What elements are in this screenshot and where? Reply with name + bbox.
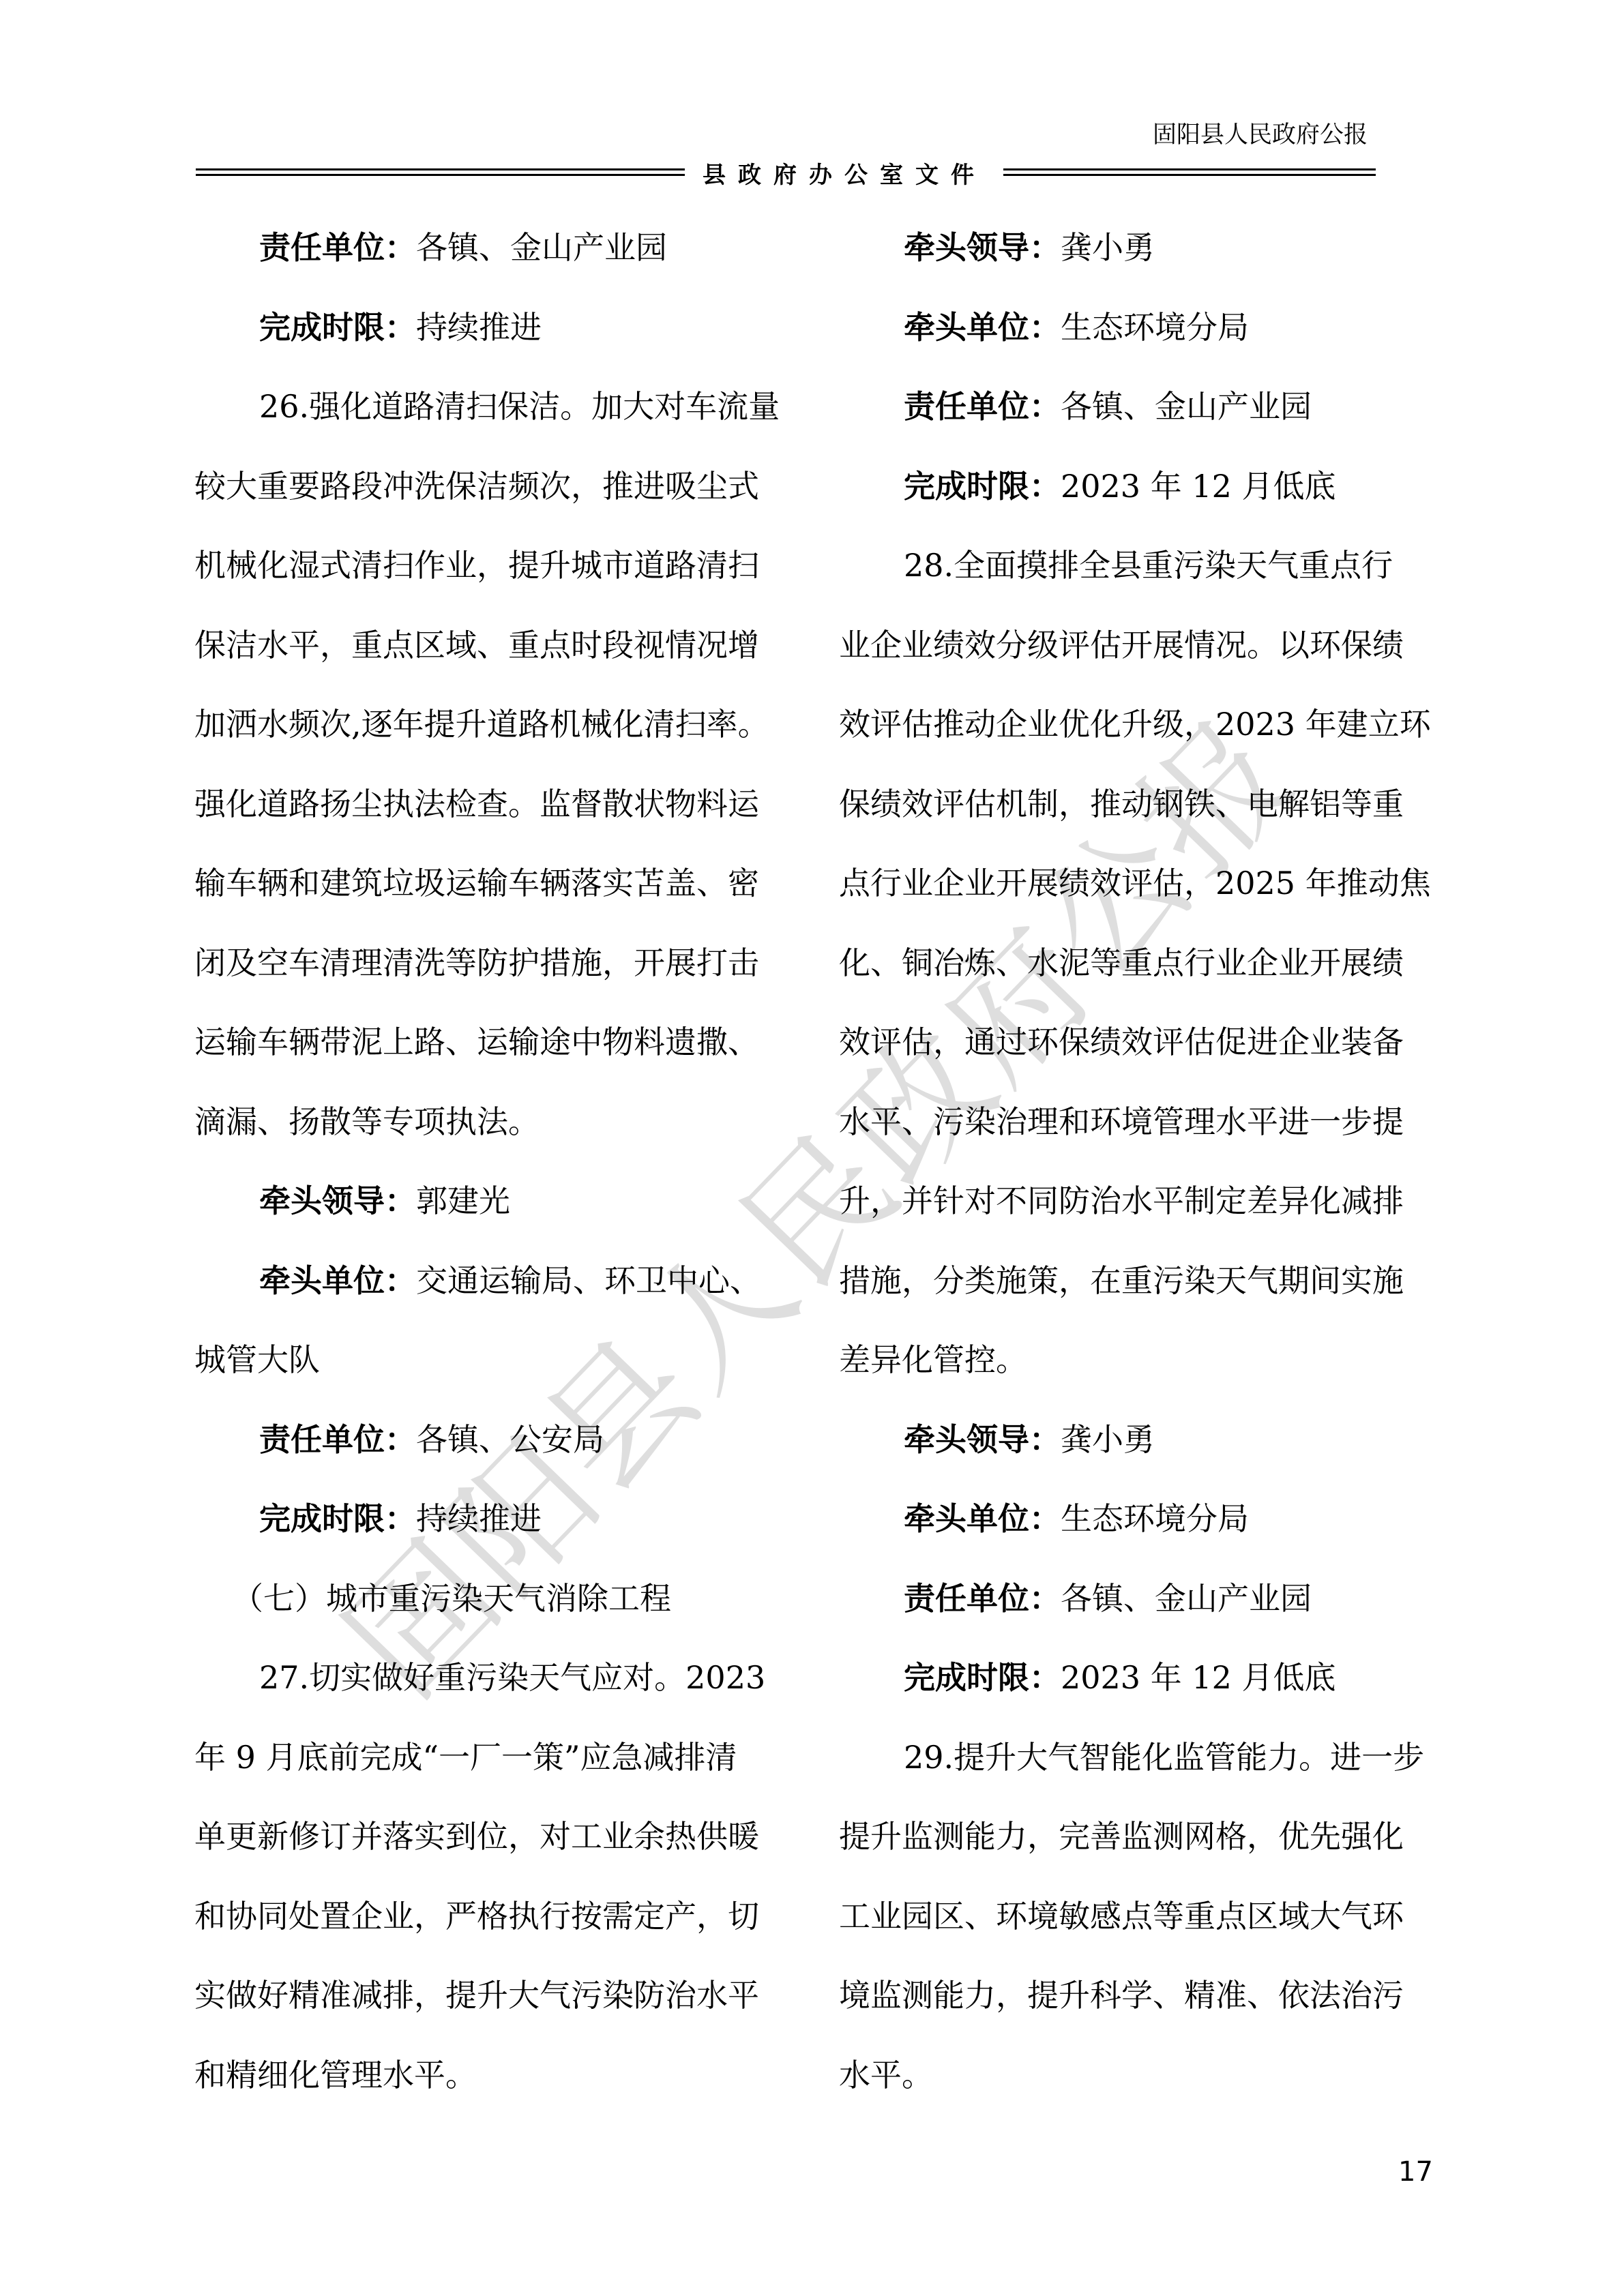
- page-number: 17: [1398, 2155, 1433, 2189]
- paragraph-line: 滴漏、扬散等专项执法。: [194, 1082, 795, 1162]
- field-responsible-unit: 责任单位：各镇、金山产业园: [839, 1559, 1439, 1639]
- header-double-rule-right: [1003, 168, 1376, 176]
- field-label: 牵头单位：: [904, 309, 1061, 346]
- field-lead-leader: 牵头领导：龚小勇: [839, 208, 1439, 288]
- field-value: 持续推进: [416, 1500, 542, 1537]
- paragraph-line: 效评估，通过环保绩效评估促进企业装备: [839, 1002, 1439, 1082]
- field-lead-leader: 牵头领导：龚小勇: [839, 1400, 1439, 1480]
- field-value: 2023 年 12 月低底: [1061, 468, 1335, 505]
- field-value: 各镇、金山产业园: [1061, 388, 1312, 425]
- paragraph-line: 保洁水平，重点区域、重点时段视情况增: [194, 606, 795, 685]
- paragraph-line: 输车辆和建筑垃圾运输车辆落实苫盖、密: [194, 844, 795, 923]
- paragraph-line: 机械化湿式清扫作业，提升城市道路清扫: [194, 526, 795, 606]
- paragraph-line: 点行业企业开展绩效评估，2025 年推动焦: [839, 844, 1439, 923]
- paragraph-line: 保绩效评估机制，推动钢铁、电解铝等重: [839, 764, 1439, 844]
- paragraph-line: 年 9 月底前完成“一厂一策”应急减排清: [194, 1718, 795, 1798]
- field-lead-leader: 牵头领导：郭建光: [194, 1161, 795, 1241]
- item-27-heading: 27.切实做好重污染天气应对。2023: [194, 1638, 795, 1718]
- item-26-heading: 26.强化道路清扫保洁。加大对车流量: [194, 367, 795, 447]
- field-lead-unit: 牵头单位：生态环境分局: [839, 288, 1439, 368]
- field-label: 责任单位：: [259, 229, 416, 266]
- field-value: 2023 年 12 月低底: [1061, 1659, 1335, 1696]
- field-lead-unit-continued: 城管大队: [194, 1320, 795, 1400]
- field-deadline: 完成时限：2023 年 12 月低底: [839, 1638, 1439, 1718]
- paragraph-line: 加洒水频次,逐年提升道路机械化清扫率。: [194, 685, 795, 764]
- field-label: 牵头单位：: [904, 1500, 1061, 1537]
- field-lead-unit: 牵头单位：交通运输局、环卫中心、: [194, 1241, 795, 1321]
- paragraph-line: 水平。: [839, 2036, 1439, 2115]
- field-responsible-unit: 责任单位：各镇、金山产业园: [839, 367, 1439, 447]
- section-heading-7: （七）城市重污染天气消除工程: [194, 1559, 795, 1639]
- paragraph-line: 和精细化管理水平。: [194, 2036, 795, 2115]
- left-column: 责任单位：各镇、金山产业园 完成时限：持续推进 26.强化道路清扫保洁。加大对车…: [194, 208, 795, 2115]
- paragraph-line: 化、铜冶炼、水泥等重点行业企业开展绩: [839, 923, 1439, 1003]
- paragraph-line: 闭及空车清理清洗等防护措施，开展打击: [194, 923, 795, 1003]
- right-column: 牵头领导：龚小勇 牵头单位：生态环境分局 责任单位：各镇、金山产业园 完成时限：…: [839, 208, 1439, 2115]
- field-lead-unit: 牵头单位：生态环境分局: [839, 1479, 1439, 1559]
- field-value: 生态环境分局: [1061, 1500, 1249, 1537]
- field-responsible-unit: 责任单位：各镇、金山产业园: [194, 208, 795, 288]
- field-label: 责任单位：: [904, 1580, 1061, 1617]
- field-deadline: 完成时限：持续推进: [194, 288, 795, 368]
- field-label: 牵头领导：: [904, 1421, 1061, 1458]
- field-responsible-unit: 责任单位：各镇、公安局: [194, 1400, 795, 1480]
- field-value: 生态环境分局: [1061, 309, 1249, 346]
- paragraph-line: 强化道路扬尘执法检查。监督散状物料运: [194, 764, 795, 844]
- field-value: 交通运输局、环卫中心、: [416, 1262, 761, 1299]
- field-label: 完成时限：: [904, 468, 1061, 505]
- field-value: 各镇、公安局: [416, 1421, 604, 1458]
- paragraph-line: 单更新修订并落实到位，对工业余热供暖: [194, 1797, 795, 1877]
- field-label: 完成时限：: [904, 1659, 1061, 1696]
- paragraph-line: 较大重要路段冲洗保洁频次，推进吸尘式: [194, 447, 795, 526]
- paragraph-line: 实做好精准减排，提升大气污染防治水平: [194, 1956, 795, 2036]
- item-28-heading: 28.全面摸排全县重污染天气重点行: [839, 526, 1439, 606]
- field-deadline: 完成时限：持续推进: [194, 1479, 795, 1559]
- publication-title: 固阳县人民政府公报: [1153, 120, 1378, 150]
- field-label: 牵头领导：: [259, 1182, 416, 1219]
- header-double-rule-left: [196, 168, 685, 176]
- field-label: 责任单位：: [259, 1421, 416, 1458]
- field-value: 持续推进: [416, 309, 542, 346]
- field-label: 牵头领导：: [904, 229, 1061, 266]
- paragraph-line: 运输车辆带泥上路、运输途中物料遗撒、: [194, 1002, 795, 1082]
- field-value: 各镇、金山产业园: [416, 229, 667, 266]
- paragraph-line: 水平、污染治理和环境管理水平进一步提: [839, 1082, 1439, 1162]
- field-value: 各镇、金山产业园: [1061, 1580, 1312, 1617]
- paragraph-line: 升，并针对不同防治水平制定差异化减排: [839, 1161, 1439, 1241]
- field-value: 龚小勇: [1061, 229, 1155, 266]
- field-label: 完成时限：: [259, 1500, 416, 1537]
- section-label: 县政府办公室文件: [703, 158, 996, 192]
- field-label: 责任单位：: [904, 388, 1061, 425]
- field-label: 牵头单位：: [259, 1262, 416, 1299]
- paragraph-line: 和协同处置企业，严格执行按需定产，切: [194, 1877, 795, 1956]
- field-label: 完成时限：: [259, 309, 416, 346]
- paragraph-line: 境监测能力，提升科学、精准、依法治污: [839, 1956, 1439, 2036]
- field-value: 龚小勇: [1061, 1421, 1155, 1458]
- paragraph-line: 效评估推动企业优化升级，2023 年建立环: [839, 685, 1439, 764]
- paragraph-line: 措施，分类施策，在重污染天气期间实施: [839, 1241, 1439, 1321]
- item-29-heading: 29.提升大气智能化监管能力。进一步: [839, 1718, 1439, 1798]
- paragraph-line: 工业园区、环境敏感点等重点区域大气环: [839, 1877, 1439, 1956]
- paragraph-line: 业企业绩效分级评估开展情况。以环保绩: [839, 606, 1439, 685]
- paragraph-line: 差异化管控。: [839, 1320, 1439, 1400]
- field-value: 郭建光: [416, 1182, 510, 1219]
- paragraph-line: 提升监测能力，完善监测网格，优先强化: [839, 1797, 1439, 1877]
- field-deadline: 完成时限：2023 年 12 月低底: [839, 447, 1439, 526]
